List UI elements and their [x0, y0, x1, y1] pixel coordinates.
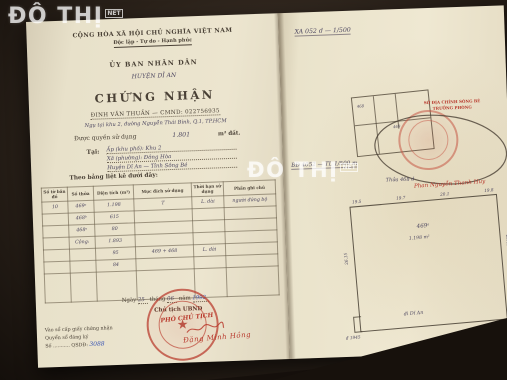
- table-cell: [43, 225, 69, 238]
- land-parcel-table: Số tờ bản đồ Số thửa Diện tích (m²) Mục …: [41, 179, 280, 303]
- dimension-value: 19.5: [352, 199, 362, 205]
- watermark-text: ĐÔ THỊ: [8, 4, 103, 29]
- table-cell: Cộng:: [69, 236, 95, 249]
- left-dimension-value: 26.15: [343, 253, 349, 265]
- grant-line: Được quyền sử dụng 1.801 m² đất.: [74, 130, 241, 143]
- table-cell: [44, 261, 70, 274]
- certificate-left-page: CỘNG HÒA XÃ HỘI CHỦ NGHĨA VIỆT NAM Độc l…: [26, 13, 290, 368]
- grant-unit: m² đất.: [218, 131, 241, 138]
- tai-label: Tại:: [86, 149, 99, 156]
- seal-star-icon: ★: [177, 318, 189, 331]
- map-sheet-code-text: XA 052 d — 1/500: [294, 27, 351, 37]
- parcel-number-label: 469ᵃ: [416, 223, 429, 230]
- table-cell: 10: [42, 201, 68, 214]
- col-header: Số tờ bản đồ: [41, 187, 67, 201]
- dimension-value: 20.1: [440, 191, 450, 197]
- land-office-round-seal: [397, 109, 459, 171]
- table-cell: 468ᵃ: [69, 224, 95, 237]
- large-parcel-diagram: 19.5 19.7 20.1 19.8 469ᵃ 1.198 m² đi Dĩ …: [349, 194, 507, 332]
- dothi-watermark-center: ĐÔ THỊNET: [247, 158, 358, 182]
- watermark-net-badge: NET: [105, 9, 122, 18]
- table-cell: 468ᵇ: [68, 212, 94, 225]
- registry-line-3: Số ........... QSDĐ: 3088: [45, 340, 113, 351]
- watermark-text: ĐÔ THỊ: [247, 158, 338, 182]
- official-round-seal: ★: [145, 287, 219, 361]
- parcel-area-label: 1.198 m²: [409, 235, 430, 242]
- col-header: Số thửa: [67, 186, 93, 200]
- table-cell: [69, 248, 95, 261]
- office-seal-inner-ring: [408, 119, 449, 160]
- date-day: 25: [138, 297, 148, 304]
- table-intro: Theo bảng liệt kê dưới đây:: [69, 172, 158, 181]
- table-cell: [43, 237, 69, 250]
- dimension-value: 19.7: [396, 195, 406, 201]
- dimension-value: 19.8: [484, 187, 494, 193]
- table-cell: [70, 260, 96, 273]
- parcel-boundary-notch: [353, 316, 362, 333]
- motto-underlined: Độc lập - Tự do - Hạnh phúc: [113, 37, 192, 48]
- dothi-watermark: ĐÔ THỊNET: [8, 4, 123, 29]
- sketch-divider: [373, 96, 380, 154]
- sketch-right-page: XA 052 d — 1/500 468 469 SỞ ĐỊA CHÍNH SÔ…: [278, 5, 507, 359]
- map-sheet-code: XA 052 d — 1/500: [294, 27, 351, 36]
- road-direction-label: đi Dĩ An: [404, 311, 424, 318]
- certificate-title: CHỨNG NHẬN: [29, 85, 281, 108]
- table-cell: 469ᵃ: [68, 200, 94, 213]
- watermark-net-badge: NET: [340, 163, 357, 172]
- land-office-stamp-text: SỞ ĐỊA CHÍNH SÔNG BÉ TRƯỞNG PHÒNG: [401, 97, 503, 112]
- col-header: Thời hạn sử dụng: [191, 182, 223, 197]
- grant-label: Được quyền sử dụng: [74, 133, 137, 142]
- table-cell: [42, 213, 68, 226]
- grant-area-value: 1.801: [172, 131, 190, 139]
- col-header: Diện tích (m²): [93, 185, 133, 200]
- corner-point-label: đ 1945: [346, 334, 361, 340]
- table-cell: [43, 249, 69, 262]
- date-label-day: Ngày: [122, 297, 137, 304]
- certificate-booklet: CỘNG HÒA XÃ HỘI CHỦ NGHĨA VIỆT NAM Độc l…: [26, 5, 507, 367]
- parcel-reference-note: Thửa 468 d: [386, 177, 415, 184]
- sketch-parcel-number: 468: [357, 103, 365, 109]
- registry-number-value: 3088: [89, 340, 105, 348]
- registry-number-label: Số ........... QSDĐ:: [45, 343, 88, 349]
- top-dimension-labels: 19.5 19.7 20.1 19.8: [352, 187, 494, 204]
- photo-background: CỘNG HÒA XÃ HỘI CHỦ NGHĨA VIỆT NAM Độc l…: [0, 0, 507, 380]
- registry-block: Vào sổ cấp giấy chứng nhận Quyển sổ đăng…: [45, 325, 114, 351]
